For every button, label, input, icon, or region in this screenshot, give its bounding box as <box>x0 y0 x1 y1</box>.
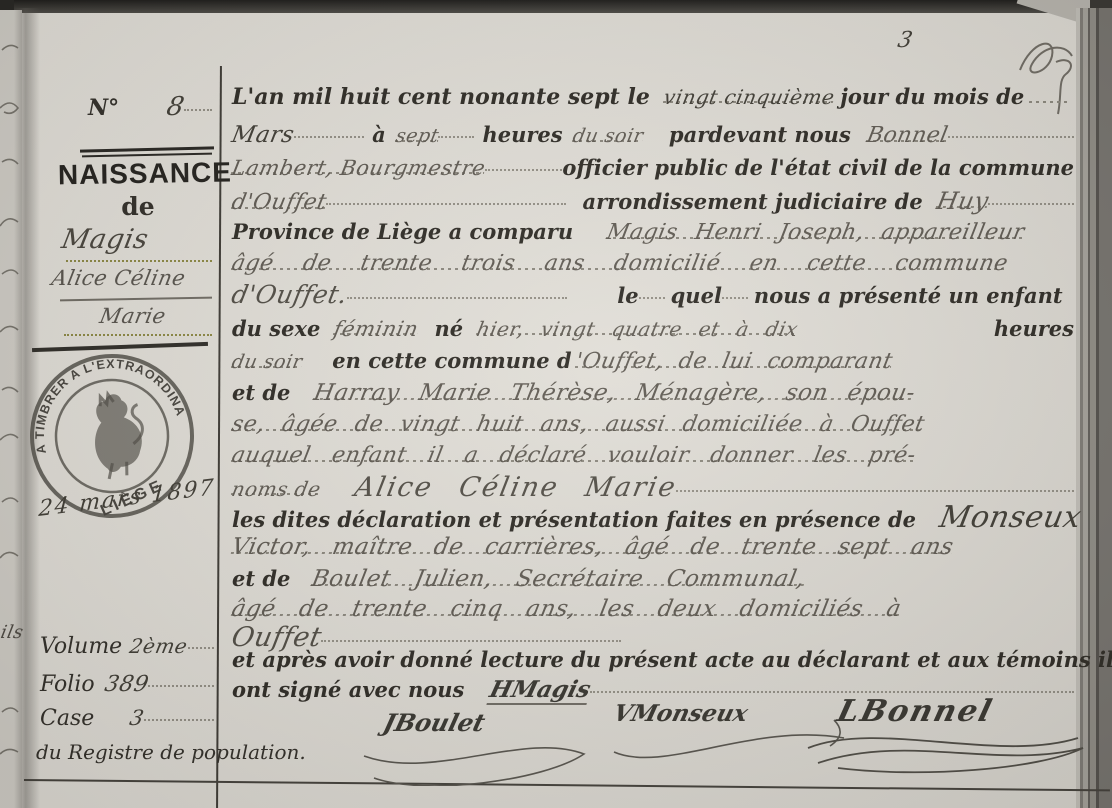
act-line-1: L'an mil huit cent nonante sept le vingt… <box>232 84 1074 110</box>
leader-dots <box>326 201 566 205</box>
printed-pardevant: pardevant nous <box>669 122 851 147</box>
hw-mother-age: se, âgée de vingt huit ans, aussi domici… <box>230 412 927 437</box>
signature-right-flourish <box>798 708 1098 788</box>
act-line-3: Lambert, Bourgmestre officier public de … <box>232 155 1074 180</box>
folio-row: Folio 389 <box>40 672 214 697</box>
hw-age-domicile: âgé de trente trois ans domicilié en cet… <box>230 251 1011 276</box>
act-line-18: âgé de trente cinq ans, les deux domicil… <box>232 596 1074 622</box>
folio-label: Folio <box>40 672 95 697</box>
printed-ont-signe: ont signé avec nous <box>232 677 464 702</box>
hw-witness2-age: âgé de trente cinq ans, les deux domicil… <box>229 596 903 622</box>
leader-dots <box>639 295 665 299</box>
printed-officier: officier public de l'état civil de la co… <box>562 155 1074 180</box>
margin-thirdname: Marie <box>98 304 168 328</box>
hw-sexe: féminin <box>332 317 421 341</box>
act-line-16: Victor, maître de carrières, âgé de tren… <box>232 534 1074 560</box>
act-line-17: et de Boulet Julien, Secrétaire Communal… <box>232 566 1074 592</box>
printed-declaration: les dites déclaration et présentation fa… <box>232 507 916 532</box>
hw-du-soir: du soir <box>570 125 645 147</box>
record-type-title: NAISSANCE <box>58 157 219 192</box>
printed-lecture: et après avoir donné lecture du présent … <box>232 647 1112 672</box>
act-line-4: d'Ouffet arrondissement judiciaire de Hu… <box>232 187 1074 215</box>
case-row: Case 3 <box>40 706 214 731</box>
printed-jour-du-mois: jour du mois de <box>840 84 1024 109</box>
signature-left: JBoulet <box>384 708 485 737</box>
leader-dots <box>148 683 214 687</box>
hw-auquel-enfant: auquel enfant il a déclaré vouloir donne… <box>230 443 918 468</box>
hw-birth-time: hier, vingt quatre et à dix <box>475 317 801 341</box>
act-line-11: et de Harray Marie Thérèse, Ménagère, so… <box>232 380 1074 406</box>
printed-le: le <box>617 283 638 308</box>
act-line-2: Mars à sept heures du soir pardevant nou… <box>232 122 1074 148</box>
printed-heures: heures <box>482 122 562 147</box>
printed-en-cette-commune: en cette commune d <box>332 348 571 373</box>
hw-witness1-details: Victor, maître de carrières, âgé de tren… <box>229 534 955 560</box>
signature-officiant-inline: HMagis <box>487 676 594 705</box>
case-label: Case <box>40 706 94 731</box>
printed-province: Province de Liège a comparu <box>232 219 573 244</box>
hw-witness1-surname: Monseux <box>937 500 1085 535</box>
act-line-12: se, âgée de vingt huit ans, aussi domici… <box>232 412 1074 437</box>
act-line-20: et après avoir donné lecture du présent … <box>232 647 1074 672</box>
book-top-edge <box>0 0 1112 13</box>
printed-presente-enfant: nous a présenté un enfant <box>754 283 1063 308</box>
signature-right: LBonnel <box>838 694 993 729</box>
hw-du-soir2: du soir <box>230 351 305 373</box>
birth-record-scan: ils 3 N° 8 NAISSANCE de Magis Alice Céli… <box>0 0 1112 808</box>
leader-dots <box>294 134 364 138</box>
printed-heures2: heures <box>994 316 1074 341</box>
margin-firstnames: Alice Céline <box>50 266 188 290</box>
leader-dots <box>590 689 1074 693</box>
printed-a: à <box>372 122 386 147</box>
leader-dots <box>948 134 1074 138</box>
leader-dots <box>988 201 1074 205</box>
hw-officer-name2: Lambert, Bourgmestre <box>230 156 488 180</box>
record-type-de: de <box>58 192 218 221</box>
act-line-9: du sexe féminin né hier, vingt quatre et… <box>232 316 1074 341</box>
act-line-13: auquel enfant il a déclaré vouloir donne… <box>232 443 1074 468</box>
hw-officer-name: Bonnel <box>864 123 950 148</box>
act-line-10: du soir en cette commune d 'Ouffet, de l… <box>232 348 1074 374</box>
volume-row: Volume 2ème <box>40 634 214 659</box>
leader-dots <box>347 295 567 299</box>
leader-dots <box>321 638 621 642</box>
printed-et-de2: et de <box>232 566 290 591</box>
signature-left-flourish <box>344 726 644 786</box>
register-label: du Registre de population. <box>36 740 306 764</box>
lion-rampant-icon <box>80 387 157 483</box>
volume-value: 2ème <box>128 634 190 658</box>
hw-month: Mars <box>229 122 296 148</box>
leader-dots <box>144 717 214 721</box>
hw-noms-de: noms de <box>230 477 323 501</box>
leader-dots <box>438 134 474 138</box>
hw-child-names: Alice Céline Marie <box>352 472 680 503</box>
leader-dots <box>188 645 214 649</box>
act-line-6: âgé de trente trois ans domicilié en cet… <box>232 251 1074 276</box>
leader-dots <box>485 167 562 171</box>
record-number-label: N° <box>88 95 119 121</box>
record-number-row: N° 8 <box>88 92 212 122</box>
margin-dotted-line <box>66 260 212 262</box>
volume-label: Volume <box>40 634 122 659</box>
printed-quel: quel <box>671 283 722 308</box>
printed-du-sexe: du sexe <box>232 316 320 341</box>
hw-strike <box>1028 85 1073 109</box>
printed-ne: né <box>434 316 463 341</box>
leader-dots <box>722 295 748 299</box>
leader-dots <box>184 107 212 111</box>
hw-commune: d'Ouffet <box>230 190 329 215</box>
hw-huy: Huy <box>934 187 991 215</box>
act-line-15: les dites déclaration et présentation fa… <box>232 500 1074 535</box>
hw-witness2: Boulet Julien, Secrétaire Communal, <box>310 566 808 592</box>
hw-day: vingt cinquième <box>661 85 836 109</box>
printed-arrondissement: arrondissement judiciaire de <box>582 189 922 214</box>
act-line-7: d'Ouffet. le quel nous a présenté un enf… <box>232 280 1074 309</box>
margin-surname: Magis <box>59 224 151 255</box>
folio-value: 389 <box>102 672 150 697</box>
hw-ouffet: d'Ouffet. <box>229 280 350 309</box>
page-stack-edge <box>1076 8 1112 808</box>
act-line-14: noms de Alice Céline Marie <box>232 472 1074 503</box>
leader-dots <box>676 488 1074 492</box>
hw-hour: sept <box>394 125 441 147</box>
act-line-5: Province de Liège a comparu Magis Henri … <box>232 219 1074 245</box>
signature-middle: VMonseux <box>614 700 747 727</box>
hw-ouffet-comparant: 'Ouffet, de lui comparant <box>573 349 894 374</box>
hw-mother: Harray Marie Thérèse, Ménagère, son épou… <box>312 380 918 406</box>
hw-declarant: Magis Henri Joseph, appareilleur <box>605 220 1027 245</box>
printed-et-de: et de <box>232 380 290 405</box>
printed-opening: L'an mil huit cent nonante sept le <box>232 84 650 110</box>
